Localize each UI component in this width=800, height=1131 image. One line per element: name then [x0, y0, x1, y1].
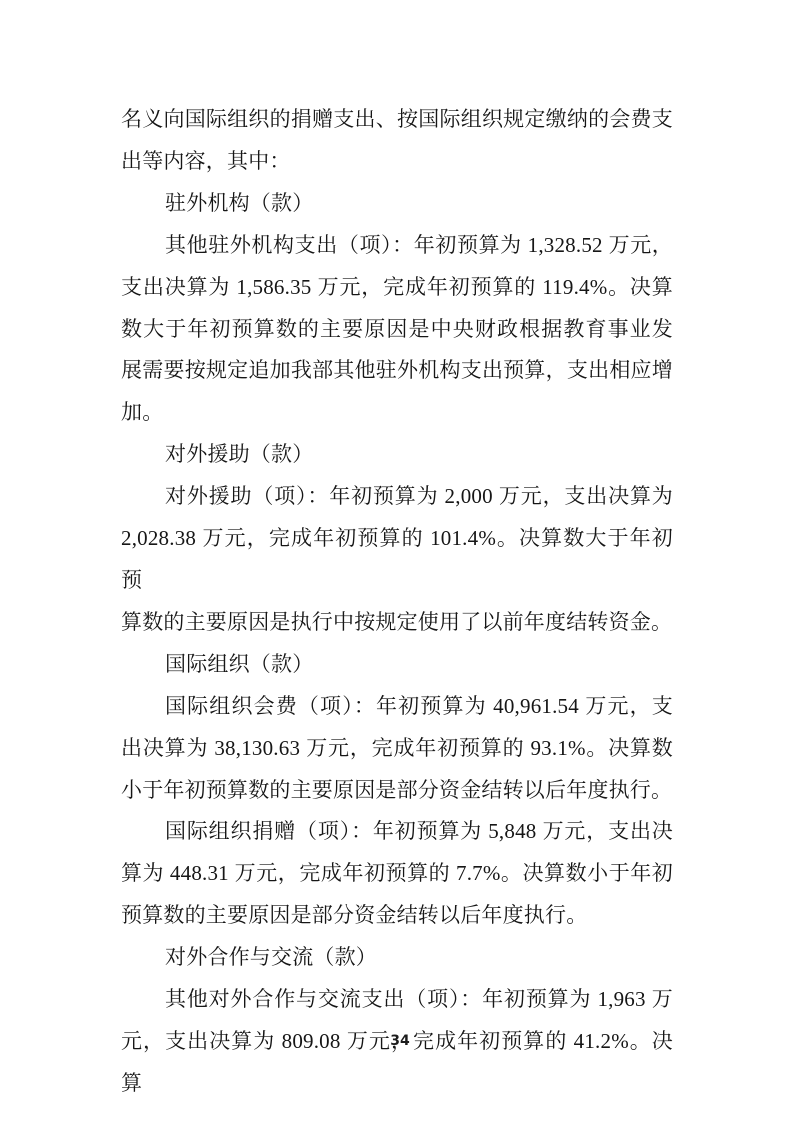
text-line: 算为 448.31 万元，完成年初预算的 7.7%。决算数小于年初	[121, 853, 673, 895]
text-line: 出等内容，其中：	[121, 141, 673, 183]
text-line: 展需要按规定追加我部其他驻外机构支出预算，支出相应增	[121, 350, 673, 392]
text-line: 数大于年初预算数的主要原因是中央财政根据教育事业发	[121, 309, 673, 351]
text-line: 名义向国际组织的捐赠支出、按国际组织规定缴纳的会费支	[121, 99, 673, 141]
document-body: 名义向国际组织的捐赠支出、按国际组织规定缴纳的会费支出等内容，其中：驻外机构（款…	[121, 99, 673, 1105]
text-line: 2,028.38 万元，完成年初预算的 101.4%。决算数大于年初预	[121, 518, 673, 602]
text-line: 预算数的主要原因是部分资金结转以后年度执行。	[121, 895, 673, 937]
text-line: 算数的主要原因是执行中按规定使用了以前年度结转资金。	[121, 602, 673, 644]
text-line: 出决算为 38,130.63 万元，完成年初预算的 93.1%。决算数	[121, 728, 673, 770]
text-line: 其他对外合作与交流支出（项）：年初预算为 1,963 万	[121, 979, 673, 1021]
text-line: 国际组织捐赠（项）：年初预算为 5,848 万元，支出决	[121, 811, 673, 853]
text-line: 对外合作与交流（款）	[121, 937, 673, 979]
text-line: 小于年初预算数的主要原因是部分资金结转以后年度执行。	[121, 770, 673, 812]
text-line: 支出决算为 1,586.35 万元，完成年初预算的 119.4%。决算	[121, 267, 673, 309]
text-line: 驻外机构（款）	[121, 183, 673, 225]
text-line: 对外援助（项）：年初预算为 2,000 万元，支出决算为	[121, 476, 673, 518]
text-line: 其他驻外机构支出（项）：年初预算为 1,328.52 万元，	[121, 225, 673, 267]
document-page: 名义向国际组织的捐赠支出、按国际组织规定缴纳的会费支出等内容，其中：驻外机构（款…	[0, 0, 800, 1131]
page-number: 34	[0, 1033, 800, 1049]
text-line: 加。	[121, 392, 673, 434]
text-line: 国际组织会费（项）：年初预算为 40,961.54 万元，支	[121, 686, 673, 728]
text-line: 对外援助（款）	[121, 434, 673, 476]
text-line: 国际组织（款）	[121, 644, 673, 686]
